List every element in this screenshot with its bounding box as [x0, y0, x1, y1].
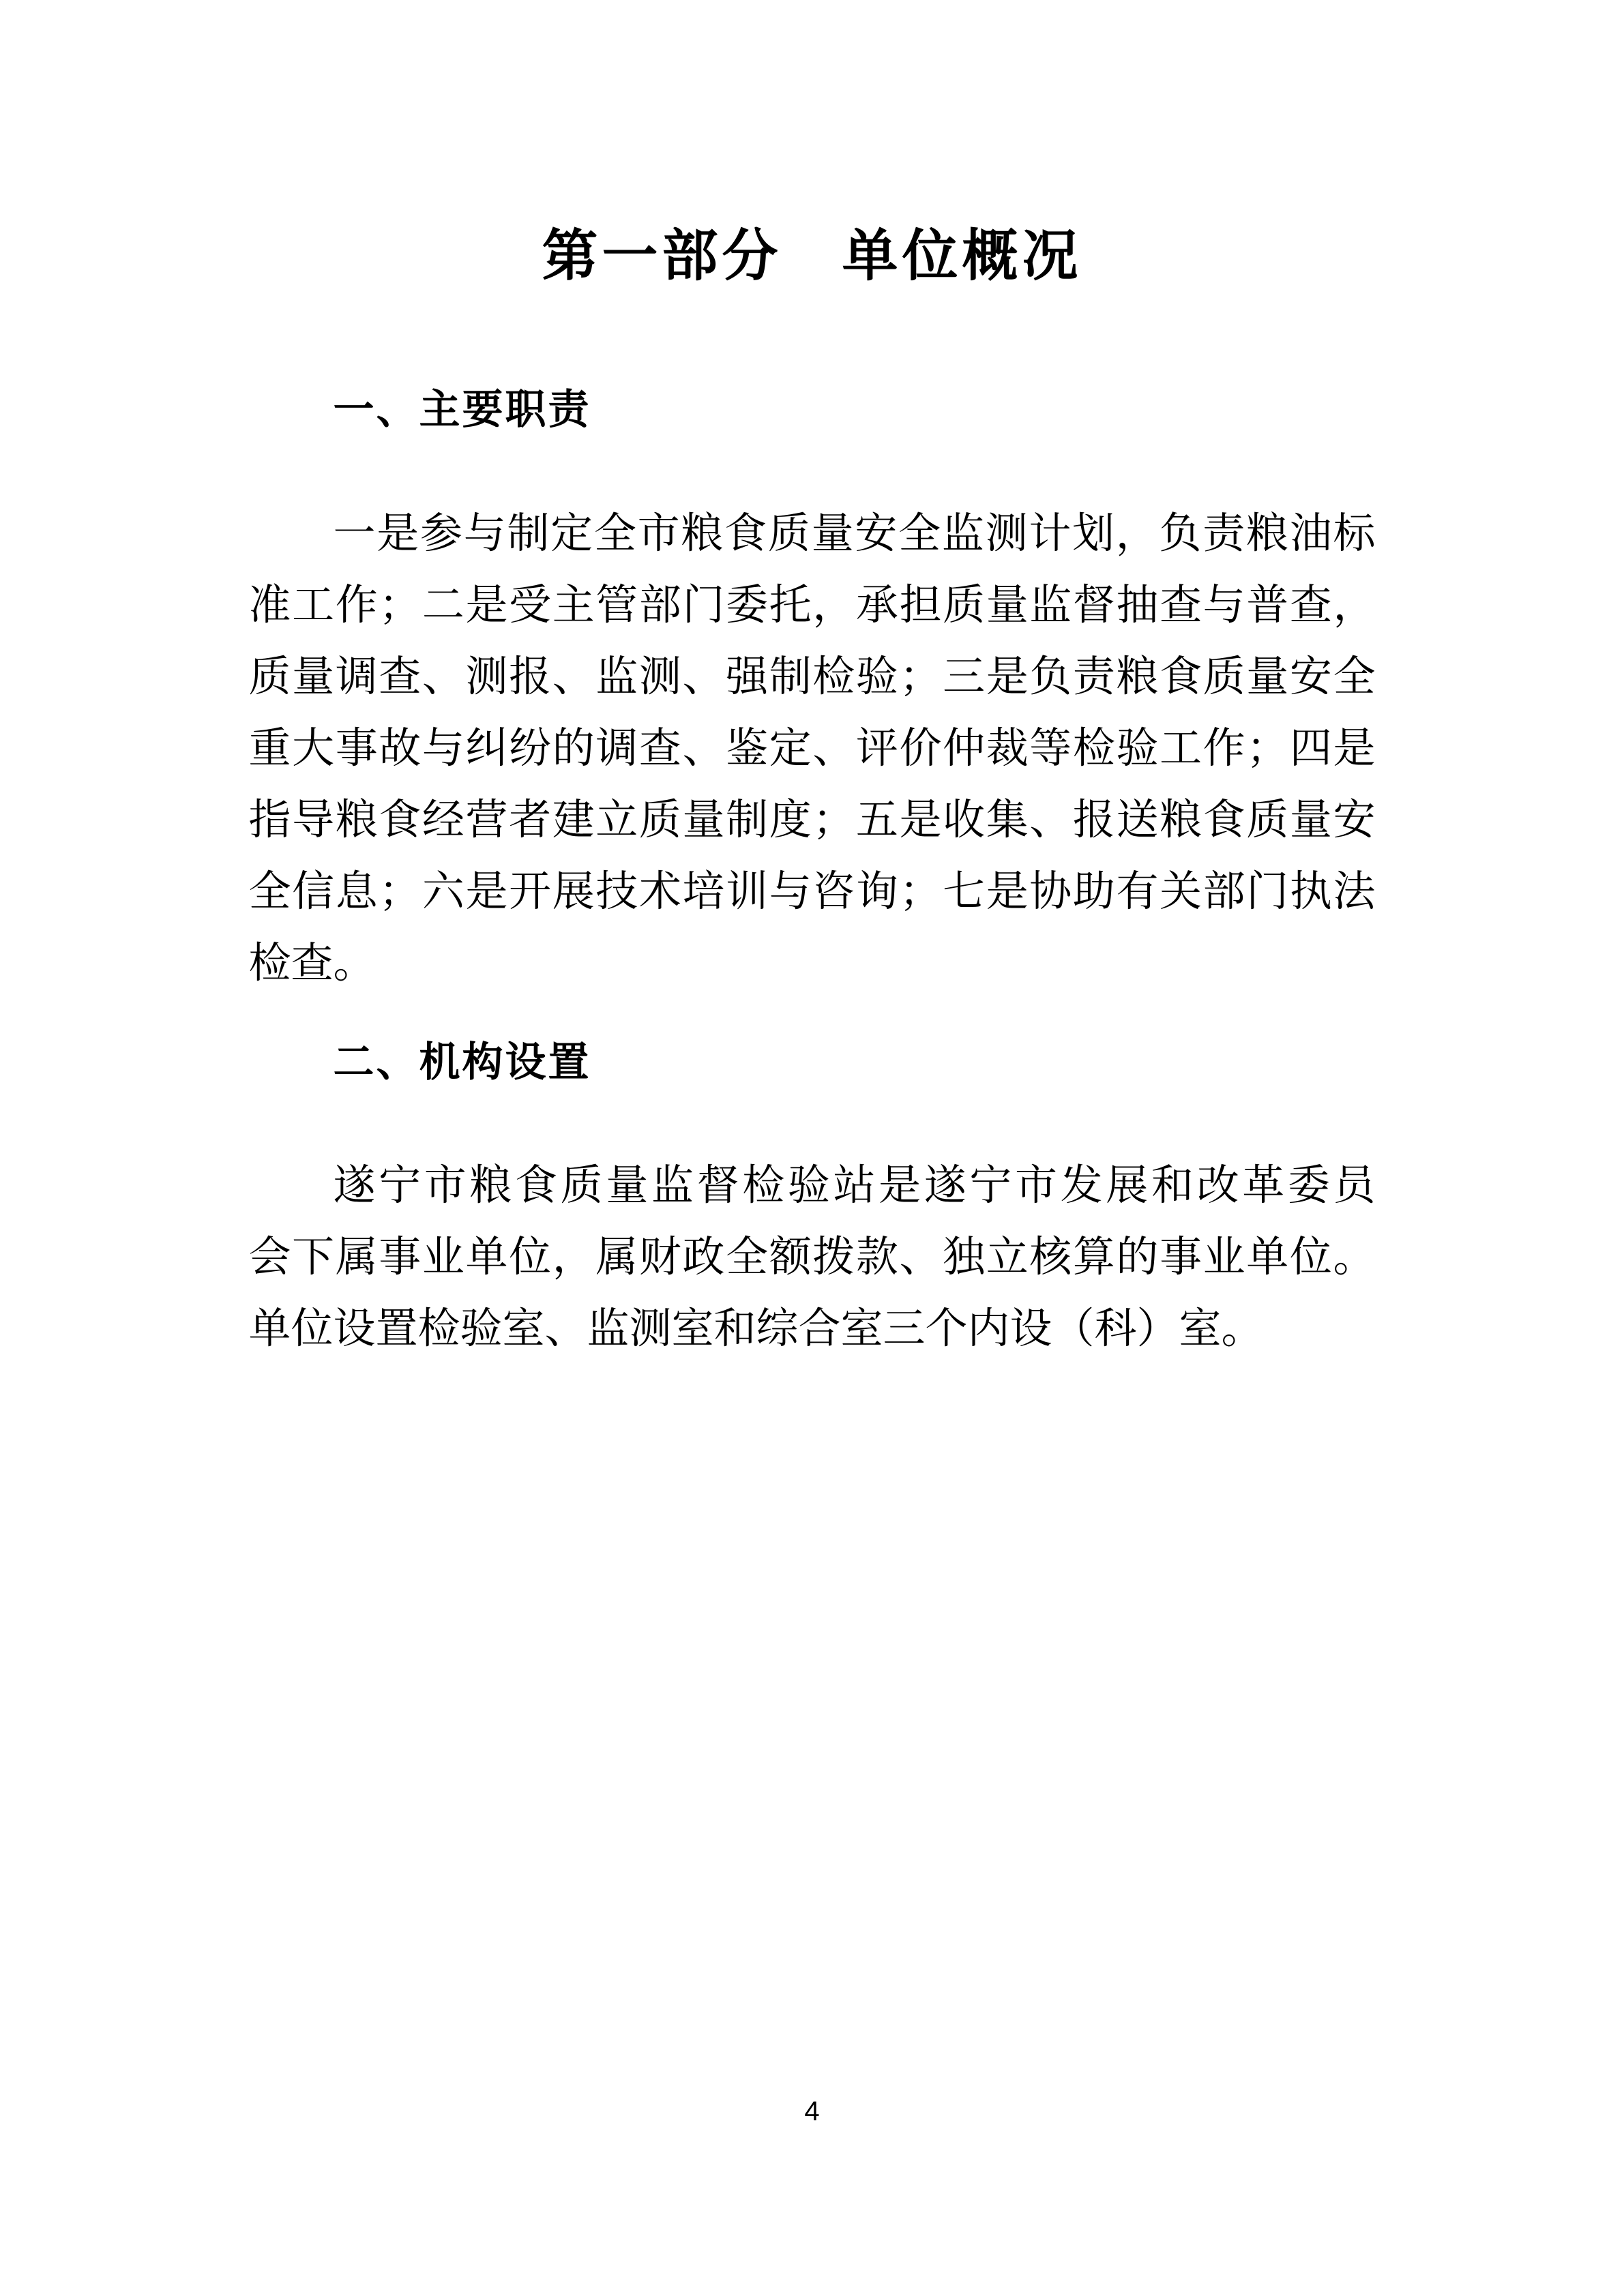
- paragraph-line: 质量调查、测报、监测、强制检验；三是负责粮食质量安全: [249, 642, 1376, 713]
- paragraph-line: 全信息；六是开展技术培训与咨询；七是协助有关部门执法: [249, 856, 1376, 928]
- paragraph-line: 指导粮食经营者建立质量制度；五是收集、报送粮食质量安: [249, 785, 1376, 856]
- section-heading-org-structure: 二、机构设置: [249, 1037, 1376, 1088]
- paragraph-line: 检查。: [249, 928, 1376, 1000]
- page-number: 4: [0, 2096, 1624, 2126]
- section-main-duties: 一、主要职责 一是参与制定全市粮食质量安全监测计划，负责粮油标准工作；二是受主管…: [249, 384, 1376, 1000]
- paragraph-line: 遂宁市粮食质量监督检验站是遂宁市发展和改革委员: [249, 1150, 1376, 1222]
- paragraph-line: 准工作；二是受主管部门委托，承担质量监督抽查与普查，: [249, 570, 1376, 642]
- paragraph-org-structure: 遂宁市粮食质量监督检验站是遂宁市发展和改革委员会下属事业单位，属财政全额拨款、独…: [249, 1150, 1376, 1365]
- paragraph-main-duties: 一是参与制定全市粮食质量安全监测计划，负责粮油标准工作；二是受主管部门委托，承担…: [249, 498, 1376, 1000]
- paragraph-line: 一是参与制定全市粮食质量安全监测计划，负责粮油标: [249, 498, 1376, 570]
- document-page: 第一部分 单位概况 一、主要职责 一是参与制定全市粮食质量安全监测计划，负责粮油…: [0, 0, 1624, 2296]
- paragraph-line: 重大事故与纠纷的调查、鉴定、评价仲裁等检验工作；四是: [249, 713, 1376, 785]
- section-org-structure: 二、机构设置 遂宁市粮食质量监督检验站是遂宁市发展和改革委员会下属事业单位，属财…: [249, 1037, 1376, 1365]
- page-title: 第一部分 单位概况: [0, 0, 1624, 290]
- paragraph-line: 会下属事业单位，属财政全额拨款、独立核算的事业单位。: [249, 1222, 1376, 1294]
- content-area: 一、主要职责 一是参与制定全市粮食质量安全监测计划，负责粮油标准工作；二是受主管…: [249, 384, 1376, 1365]
- paragraph-line: 单位设置检验室、监测室和综合室三个内设（科）室。: [249, 1294, 1376, 1365]
- section-heading-main-duties: 一、主要职责: [249, 384, 1376, 436]
